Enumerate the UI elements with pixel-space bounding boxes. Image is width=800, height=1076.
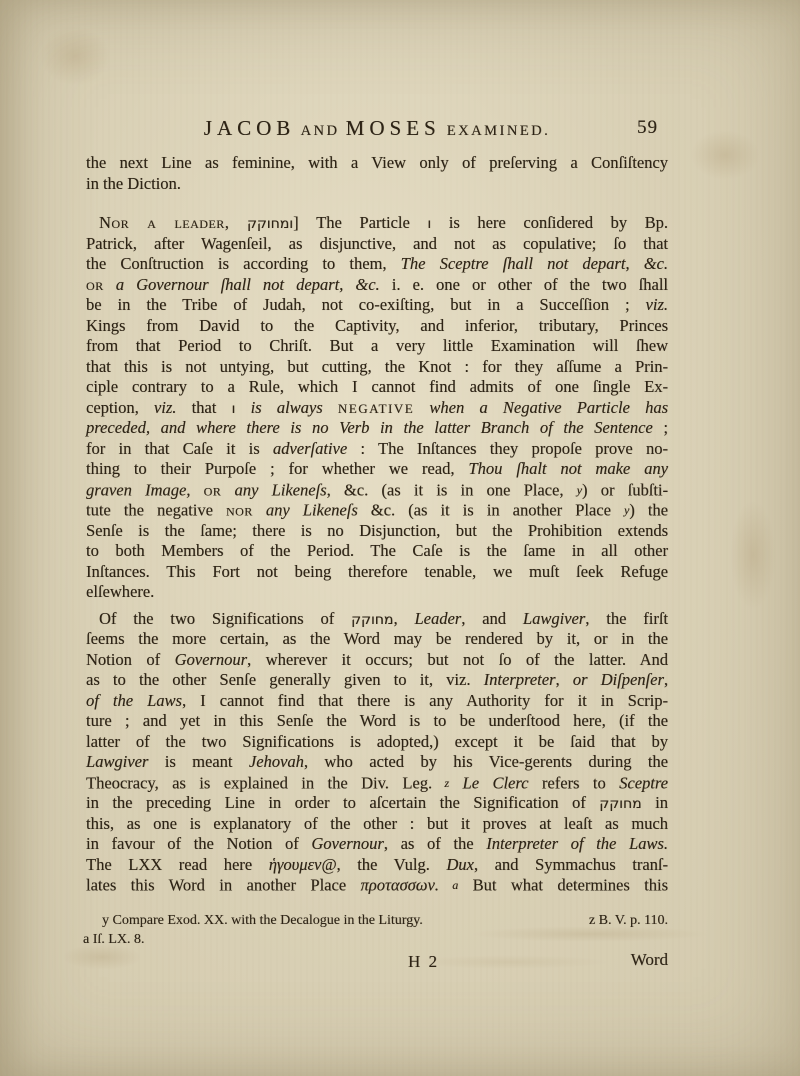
text-segment bbox=[253, 501, 266, 520]
hebrew-word: מחוקק bbox=[351, 612, 393, 628]
text-segment: ception, bbox=[86, 398, 154, 417]
text-line: ture ; and yet in this Senſe the Word is… bbox=[86, 711, 668, 732]
italic-text: a Governour ſhall not depart, &c. bbox=[116, 275, 380, 294]
italic-text: Lawgiver bbox=[523, 609, 585, 628]
text-line: the next Line as feminine, with a View o… bbox=[86, 153, 668, 174]
text-line: or a Governour ſhall not depart, &c. i. … bbox=[86, 275, 668, 296]
hebrew-word: מחוקק bbox=[599, 796, 641, 812]
text-segment: the Conſtruction is according to them, bbox=[86, 254, 401, 273]
text-segment bbox=[414, 398, 429, 417]
text-segment: for in that Caſe it is bbox=[86, 439, 273, 458]
footnote-ref-letter: z bbox=[432, 776, 449, 790]
text-segment: tute the negative bbox=[86, 501, 226, 520]
text-line: tute the negative nor any Likeneſs &c. (… bbox=[86, 500, 668, 521]
text-segment: refers to bbox=[528, 773, 619, 792]
text-segment bbox=[190, 480, 203, 499]
text-line: Nor a leader, ומחוקק] The Particle ו is … bbox=[86, 213, 668, 234]
text-segment: , the firſt bbox=[585, 609, 668, 628]
italic-text: Interpreter of the Laws. bbox=[486, 834, 668, 853]
text-segment: , bbox=[393, 609, 414, 628]
text-line: Theocracy, as is explained in the Div. L… bbox=[86, 773, 668, 794]
small-caps-text: nor bbox=[226, 501, 253, 520]
text-segment: lates this Word in another Place bbox=[86, 876, 361, 895]
italic-text: adverſative bbox=[273, 439, 347, 458]
page-header: JACOB AND MOSES EXAMINED. 59 bbox=[86, 114, 668, 146]
text-segment: be in the Tribe of Judah, not co-exiſtin… bbox=[86, 295, 646, 314]
paragraph: Nor a leader, ומחוקק] The Particle ו is … bbox=[86, 213, 668, 603]
italic-text: Le Clerc bbox=[463, 773, 529, 792]
catchword: Word bbox=[631, 950, 668, 970]
text-segment: as to the other Senſe generally given to… bbox=[86, 670, 484, 689]
text-segment: is meant bbox=[148, 752, 249, 771]
paragraph: the next Line as feminine, with a View o… bbox=[86, 153, 668, 194]
signature-mark: H 2 bbox=[408, 952, 439, 972]
running-title: JACOB AND MOSES EXAMINED. bbox=[86, 114, 668, 141]
italic-text: is always bbox=[251, 398, 338, 417]
text-segment: that bbox=[176, 398, 231, 417]
text-line: to both Members of the Period. The Caſe … bbox=[86, 541, 668, 562]
paper-stain bbox=[730, 500, 776, 610]
text-segment: , who acted by his Vice-gerents during t… bbox=[304, 752, 668, 771]
text-segment: Notion of bbox=[86, 650, 175, 669]
text-segment: ciple contrary to a Rule, which I cannot… bbox=[86, 377, 668, 396]
text-segment: &c. (as it is in another Place bbox=[358, 501, 624, 520]
text-segment: from that Period to Chriſt. But a very l… bbox=[86, 336, 668, 355]
paper-stain bbox=[40, 26, 110, 86]
body-text: the next Line as feminine, with a View o… bbox=[86, 153, 668, 896]
text-segment: The LXX read here bbox=[86, 855, 269, 874]
text-line: Of the two Significations of מחוקק, Lead… bbox=[86, 609, 668, 630]
text-block: JACOB AND MOSES EXAMINED. 59 the next Li… bbox=[86, 114, 668, 896]
text-segment: in the Diction. bbox=[86, 174, 181, 193]
italic-text: Sceptre bbox=[619, 773, 668, 792]
text-segment bbox=[104, 275, 116, 294]
text-segment bbox=[229, 213, 247, 232]
text-segment: ) or ſubſti- bbox=[582, 480, 668, 499]
text-segment: ture ; and yet in this Senſe the Word is… bbox=[86, 711, 668, 730]
text-segment: latter of the two Significations is adop… bbox=[86, 732, 668, 751]
text-line: in the preceding Line in order to aſcert… bbox=[86, 793, 668, 814]
text-segment bbox=[235, 398, 250, 417]
text-segment: in bbox=[642, 793, 668, 812]
italic-text: Lawgiver bbox=[86, 752, 148, 771]
text-segment: the next Line as feminine, with a View o… bbox=[86, 153, 668, 172]
italic-text: Jehovah bbox=[249, 752, 304, 771]
title-word: MOSES bbox=[346, 116, 441, 140]
text-segment: is here conſidered by Bp. bbox=[431, 213, 668, 232]
text-segment: ) the bbox=[629, 501, 668, 520]
text-segment: , bbox=[664, 670, 668, 689]
text-segment: that this is not untying, but cutting, t… bbox=[86, 357, 668, 376]
text-line: The LXX read here ἡγουμεν@, the Vulg. Du… bbox=[86, 855, 668, 876]
hebrew-word: ומחוקק bbox=[247, 216, 293, 232]
italic-text: viz. bbox=[646, 295, 668, 314]
footnote-z: z B. V. p. 110. bbox=[589, 912, 668, 930]
text-segment: in favour of the Notion of bbox=[86, 834, 311, 853]
greek-word: προτασσων. bbox=[361, 876, 439, 895]
footnote-ref-letter: z bbox=[589, 913, 599, 928]
footnote-a: a Iſ. LX. 8. bbox=[83, 931, 668, 949]
paper-stain bbox=[690, 130, 760, 180]
text-line: Patrick, after Wagenſeil, as disjunctive… bbox=[86, 234, 668, 255]
text-segment: ] The Particle bbox=[293, 213, 427, 232]
text-line: Notion of Governour, wherever it occurs;… bbox=[86, 650, 668, 671]
text-line: graven Image, or any Likeneſs, &c. (as i… bbox=[86, 480, 668, 501]
text-segment: , bbox=[555, 670, 572, 689]
paragraph: Of the two Significations of מחוקק, Lead… bbox=[86, 609, 668, 896]
text-line: Inſtances. This Fort not being therefore… bbox=[86, 562, 668, 583]
text-segment: in the preceding Line in order to aſcert… bbox=[86, 793, 599, 812]
text-segment: B. V. p. 110. bbox=[599, 913, 668, 928]
text-line: the Conſtruction is according to them, T… bbox=[86, 254, 668, 275]
footnote-ref-letter: a bbox=[83, 932, 93, 947]
title-word: JACOB bbox=[204, 116, 296, 140]
text-segment: Patrick, after Wagenſeil, as disjunctive… bbox=[86, 234, 668, 253]
text-line: Lawgiver is meant Jehovah, who acted by … bbox=[86, 752, 668, 773]
text-segment: , wherever it occurs; but not ſo of the … bbox=[247, 650, 668, 669]
text-segment: Compare Exod. XX. with the Decalogue in … bbox=[113, 913, 423, 928]
small-caps-text: Nor a leader, bbox=[99, 213, 229, 232]
text-segment bbox=[221, 480, 234, 499]
text-segment bbox=[449, 773, 462, 792]
text-line: from that Period to Chriſt. But a very l… bbox=[86, 336, 668, 357]
text-segment: , and Symmachus tranſ- bbox=[474, 855, 668, 874]
footnote-y: y Compare Exod. XX. with the Decalogue i… bbox=[102, 912, 423, 930]
text-segment: , &c. (as it is in one Place, bbox=[327, 480, 577, 499]
italic-text: Governour bbox=[311, 834, 383, 853]
text-segment: ; bbox=[653, 418, 668, 437]
text-segment: Theocracy, as is explained in the Div. L… bbox=[86, 773, 432, 792]
footnotes: y Compare Exod. XX. with the Decalogue i… bbox=[86, 912, 668, 949]
text-segment: i. e. one or other of the two ſhall bbox=[380, 275, 668, 294]
title-word: EXAMINED. bbox=[441, 123, 551, 139]
text-line: ception, viz. that ו is always NEGATIVE … bbox=[86, 398, 668, 419]
emphasis-caps-text: NEGATIVE bbox=[338, 401, 414, 416]
text-segment: to both Members of the Period. The Caſe … bbox=[86, 541, 668, 560]
text-line: as to the other Senſe generally given to… bbox=[86, 670, 668, 691]
italic-text: The Sceptre ſhall not depart, &c. bbox=[401, 254, 668, 273]
text-line: in favour of the Notion of Governour, as… bbox=[86, 834, 668, 855]
text-segment: ſeems the more certain, as the Word may … bbox=[86, 629, 668, 648]
text-line: thing to their Purpoſe ; for whether we … bbox=[86, 459, 668, 480]
text-segment: Kings from David to the Captivity, and i… bbox=[86, 316, 668, 335]
footnote-line: y Compare Exod. XX. with the Decalogue i… bbox=[86, 912, 668, 930]
text-segment: Senſe is the ſame; there is no Disjuncti… bbox=[86, 521, 668, 540]
greek-word: ἡγουμεν@ bbox=[269, 855, 337, 874]
text-segment: Inſtances. This Fort not being therefore… bbox=[86, 562, 668, 581]
title-word: AND bbox=[295, 123, 345, 139]
italic-text: preceded, and where there is no Verb in … bbox=[86, 418, 653, 437]
text-line: that this is not untying, but cutting, t… bbox=[86, 357, 668, 378]
text-line: of the Laws, I cannot find that there is… bbox=[86, 691, 668, 712]
small-caps-text: or bbox=[86, 275, 104, 294]
text-line: ſeems the more certain, as the Word may … bbox=[86, 629, 668, 650]
text-line: in the Diction. bbox=[86, 174, 668, 195]
italic-text: Governour bbox=[175, 650, 247, 669]
footnote-ref-letter: y bbox=[102, 913, 113, 928]
text-line: for in that Caſe it is adverſative : The… bbox=[86, 439, 668, 460]
text-line: ciple contrary to a Rule, which I cannot… bbox=[86, 377, 668, 398]
italic-text: or Diſpenſer bbox=[573, 670, 664, 689]
footnote-ref-letter: a bbox=[439, 878, 458, 892]
text-segment: thing to their Purpoſe ; for whether we … bbox=[86, 459, 468, 478]
ink-bleedthrough bbox=[410, 955, 610, 969]
text-segment: But what determines this bbox=[458, 876, 668, 895]
italic-text: any Likeneſs bbox=[266, 501, 358, 520]
page-number: 59 bbox=[637, 117, 658, 139]
text-line: latter of the two Significations is adop… bbox=[86, 732, 668, 753]
text-line: this, as one is explanatory of the other… bbox=[86, 814, 668, 835]
text-segment: , and bbox=[461, 609, 523, 628]
italic-text: Thou ſhalt not make any bbox=[468, 459, 668, 478]
text-line: Kings from David to the Captivity, and i… bbox=[86, 316, 668, 337]
italic-text: of the Laws bbox=[86, 691, 182, 710]
text-line: Senſe is the ſame; there is no Disjuncti… bbox=[86, 521, 668, 542]
small-caps-text: or bbox=[204, 480, 222, 499]
italic-text: viz. bbox=[154, 398, 176, 417]
text-line: be in the Tribe of Judah, not co-exiſtin… bbox=[86, 295, 668, 316]
italic-text: Dux bbox=[446, 855, 474, 874]
text-line: preceded, and where there is no Verb in … bbox=[86, 418, 668, 439]
text-line: elſewhere. bbox=[86, 582, 668, 603]
text-segment: this, as one is explanatory of the other… bbox=[86, 814, 668, 833]
text-segment: Of the two Significations of bbox=[99, 609, 351, 628]
text-line: lates this Word in another Place προτασσ… bbox=[86, 875, 668, 896]
text-segment: , I cannot find that there is any Author… bbox=[182, 691, 668, 710]
text-segment: elſewhere. bbox=[86, 582, 154, 601]
italic-text: when a Negative Particle has bbox=[429, 398, 668, 417]
italic-text: graven Image, bbox=[86, 480, 190, 499]
italic-text: any Likeneſs bbox=[235, 480, 327, 499]
book-page: JACOB AND MOSES EXAMINED. 59 the next Li… bbox=[0, 0, 800, 1076]
text-segment: : The Inſtances they propoſe prove no- bbox=[347, 439, 668, 458]
italic-text: Interpreter bbox=[484, 670, 556, 689]
text-segment: , as of the bbox=[384, 834, 486, 853]
text-segment: , the Vulg. bbox=[337, 855, 447, 874]
italic-text: Leader bbox=[414, 609, 461, 628]
text-segment: Iſ. LX. 8. bbox=[93, 932, 145, 947]
